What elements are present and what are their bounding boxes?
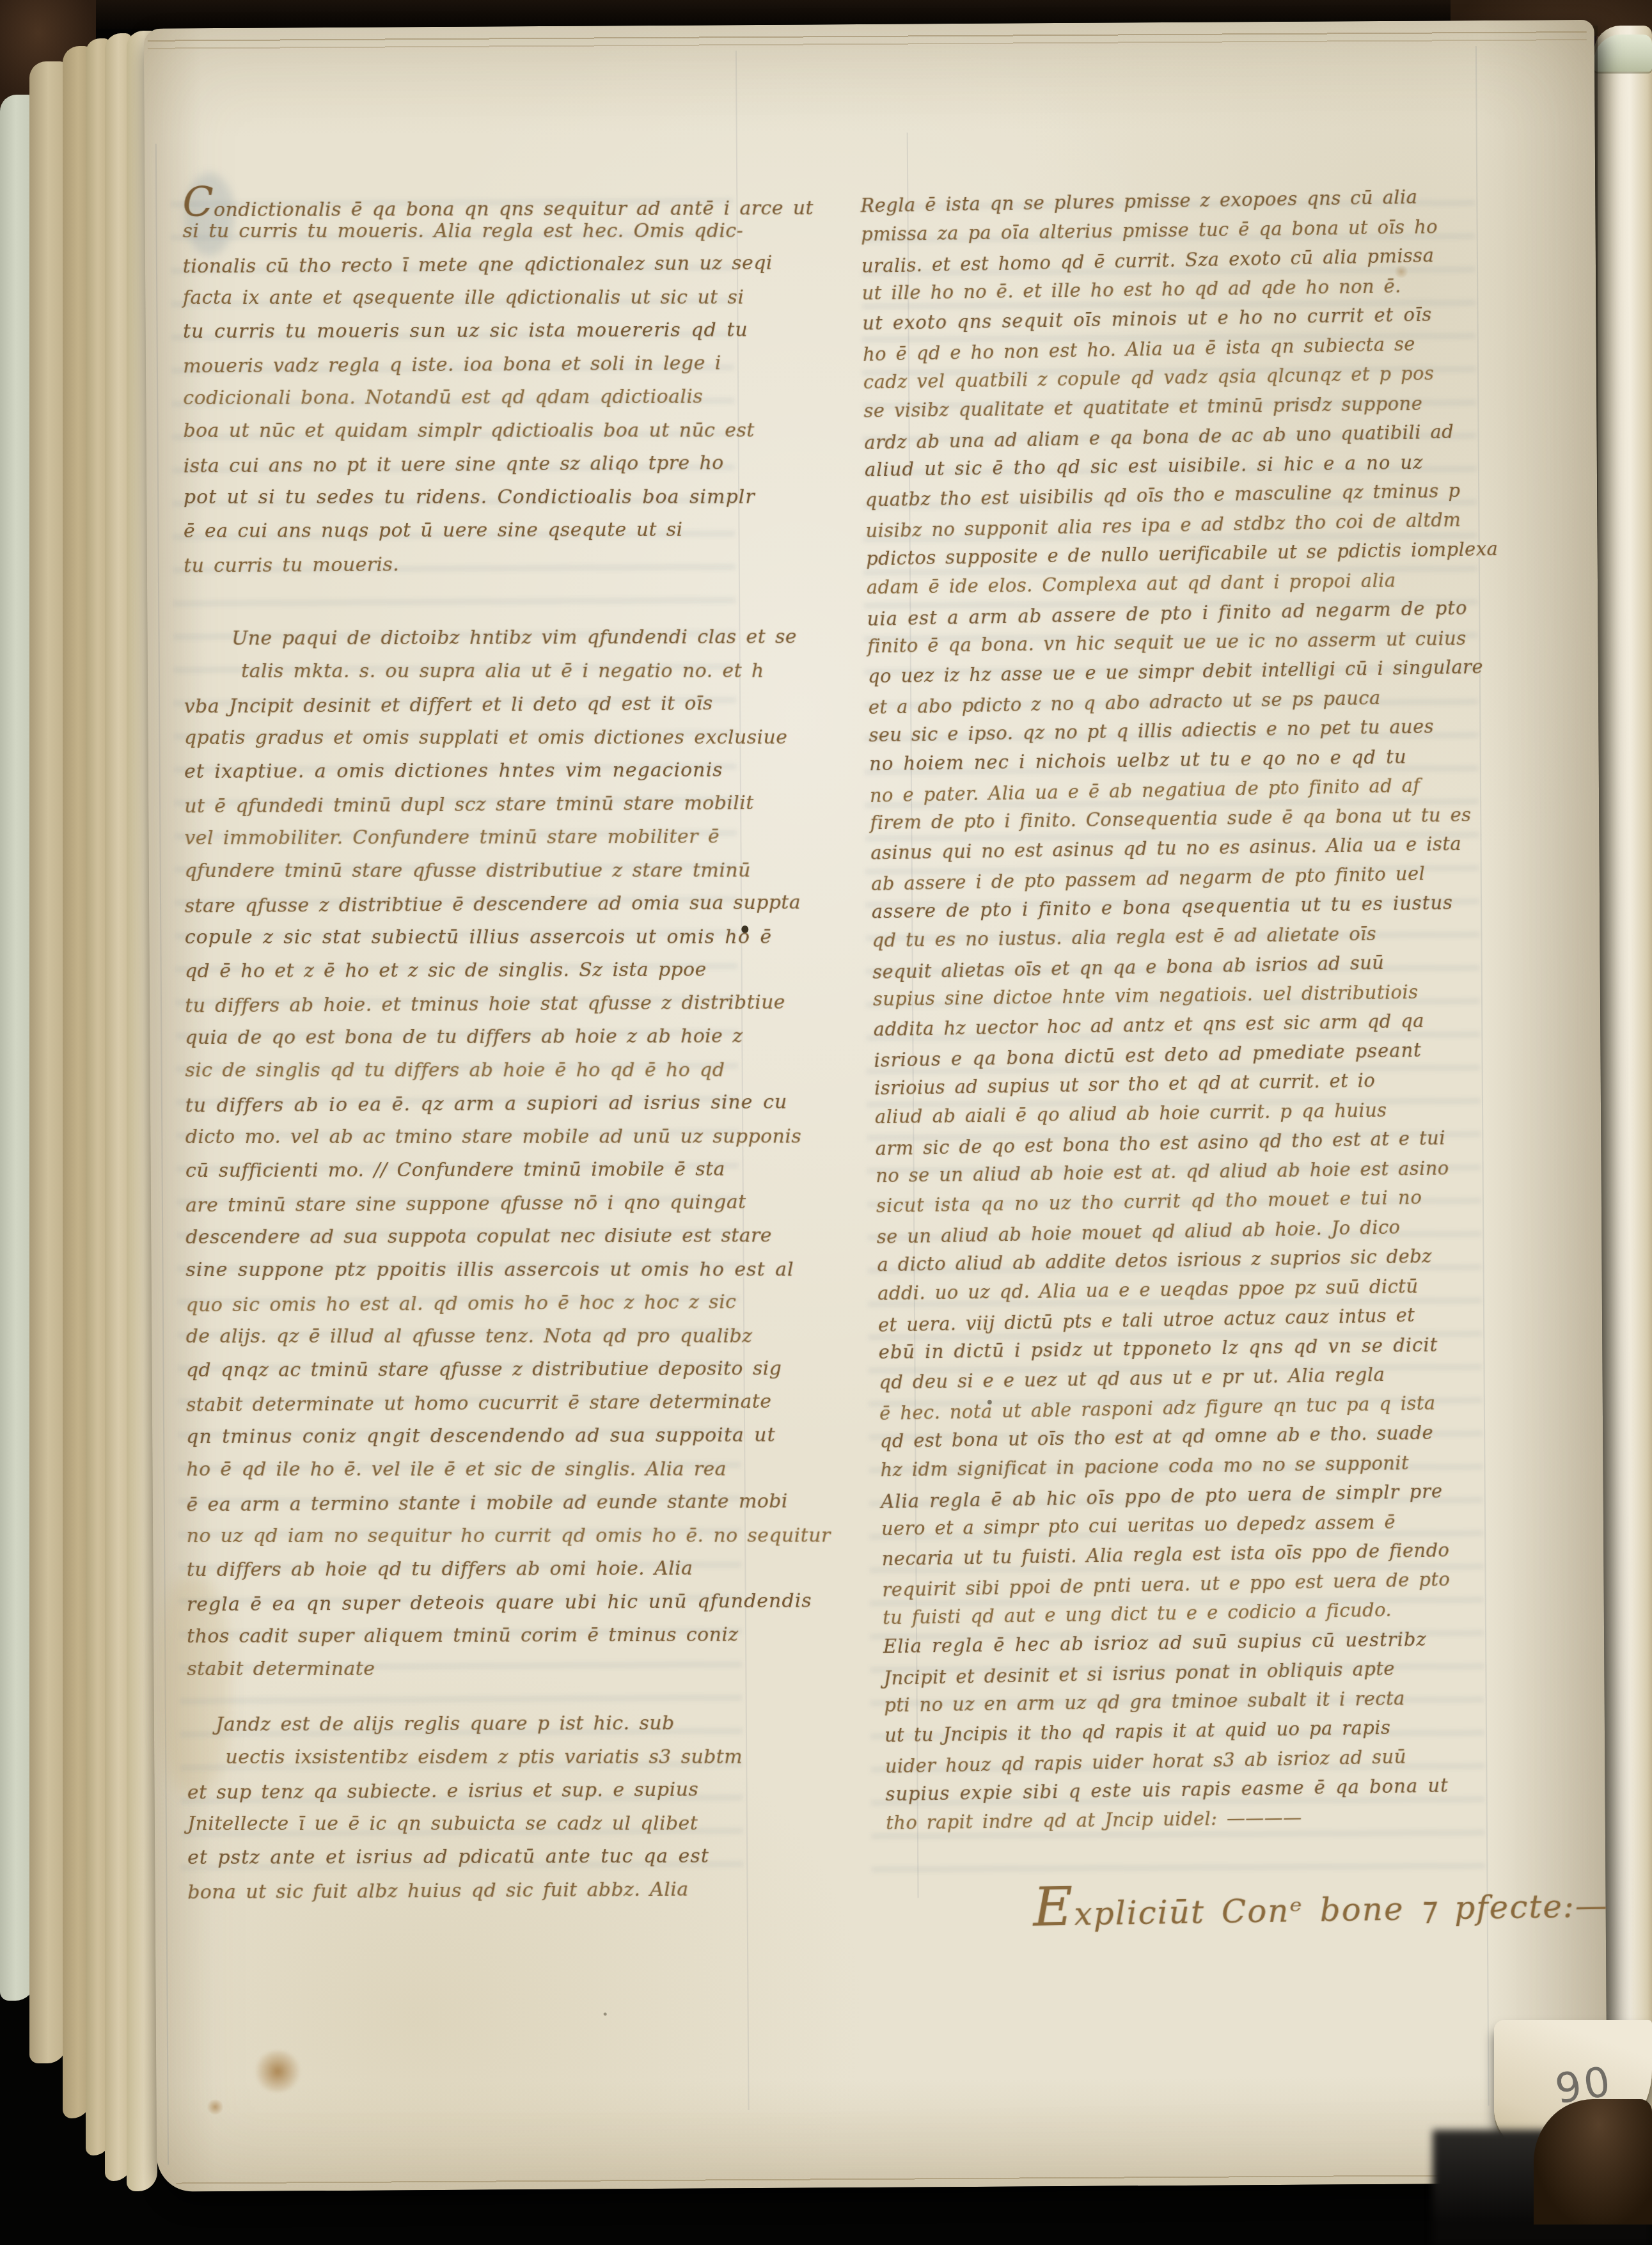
photo-backdrop: Condictionalis ē qa bona qn qns sequitur… <box>0 0 1652 2245</box>
text-line: tionalis cū tho recto ī mete qne qdictio… <box>183 247 733 283</box>
text-line: qd qnqz ac tminū stare qfusse z distribu… <box>186 1353 736 1388</box>
text-line: thos cadit super aliquem tminū corim ē t… <box>187 1619 737 1654</box>
text-line: tu curris tu moueris sun uz sic ista mou… <box>183 314 733 349</box>
text-line: facta ix ante et qsequente ille qdiction… <box>183 281 733 315</box>
text-line: qd ē ho et z ē ho et z sic de singlis. S… <box>185 954 735 989</box>
text-line: Jnitellecte ī ue ē ic qn subuicta se cad… <box>187 1808 737 1841</box>
text-line: et pstz ante et isrius ad pdicatū ante t… <box>187 1840 737 1875</box>
text-line: regla ē ea qn super deteois quare ubi hi… <box>187 1585 737 1621</box>
text-line: talis mkta. s. ou supra alia ut ē i nega… <box>184 655 734 688</box>
text-line: ē ea cui ans nuqs pot ū uere sine qsequt… <box>184 514 734 549</box>
page-top-edge-layers <box>148 26 1587 54</box>
text-line: quia de qo est bona de tu differs ab hoi… <box>185 1020 735 1055</box>
paragraph: Une paqui de dictoibz hntibz vim qfunden… <box>184 621 737 1687</box>
text-line: moueris vadz regla q iste. ioa bona et s… <box>183 347 733 383</box>
text-line: tu differs ab hoie qd tu differs ab omi … <box>187 1552 737 1587</box>
page-edge-strip <box>29 61 67 2063</box>
text-line: ē ea arm a termino stante i mobile ad eu… <box>186 1485 736 1522</box>
paragraph: Jandz est de alijs reglis quare p ist hi… <box>187 1707 737 1909</box>
text-line: are tminū stare sine suppone qfusse nō i… <box>185 1186 736 1222</box>
text-line: stabit determinate ut homo cucurrit ē st… <box>186 1385 736 1422</box>
text-line: cū sufficienti mo. // Confundere tminū i… <box>185 1153 736 1188</box>
text-line: Condictionalis ē qa bona qn qns sequitur… <box>182 181 732 216</box>
text-line: tu differs ab io ea ē. qz arm a supiori … <box>185 1086 736 1122</box>
text-line: ho ē qd ile ho ē. vel ile ē et sic de si… <box>186 1453 736 1486</box>
text-line: bona ut sic fuit albz huius qd sic fuit … <box>187 1873 737 1909</box>
text-line: et sup tenz qa subiecte. e isrius et sup… <box>187 1773 737 1809</box>
text-line: vel immobiliter. Confundere tminū stare … <box>184 821 734 856</box>
paragraph: Regla ē ista qn se plures pmisse z exopo… <box>860 182 1493 1839</box>
text-line: no uz qd iam no sequitur ho currit qd om… <box>187 1520 737 1553</box>
wormhole <box>604 2012 607 2015</box>
text-line: qpatis gradus et omis supplati et omis d… <box>184 721 734 755</box>
text-line: stabit determinate <box>187 1653 737 1686</box>
paragraph: Condictionalis ē qa bona qn qns sequitur… <box>182 181 734 582</box>
text-line: sic de singlis qd tu differs ab hoie ē h… <box>185 1054 735 1087</box>
text-line: et ixaptiue. a omis dictiones hntes vim … <box>184 754 734 789</box>
explicit-line: Expliciūt Conᵉ bone ⁊ pfecte:— <box>1033 1868 1495 1939</box>
ruling-line-left-margin <box>155 144 169 2165</box>
text-line: si tu curris tu moueris. Alia regla est … <box>183 215 733 248</box>
text-line: Jandz est de alijs reglis quare p ist hi… <box>187 1707 737 1742</box>
text-line: codicionali bona. Notandū est qd qdam qd… <box>183 381 733 416</box>
text-line: ista cui ans no pt it uere sine qnte sz … <box>184 446 734 483</box>
stain <box>206 2099 224 2115</box>
text-line: tu curris tu moueris. <box>184 546 734 583</box>
cover-suede-bottom-right <box>1534 2099 1652 2225</box>
text-line: ut ē qfundedi tminū dupl scz stare tminū… <box>184 787 734 823</box>
text-line: pot ut si tu sedes tu ridens. Condictioa… <box>184 481 734 514</box>
text-line: uectis ixsistentibz eisdem z ptis variat… <box>187 1741 737 1774</box>
stain <box>252 2050 303 2092</box>
text-line: qn tminus coniz qngit descendendo ad sua… <box>186 1419 736 1454</box>
text-line: dicto mo. vel ab ac tmino stare mobile a… <box>185 1121 736 1154</box>
text-line: Une paqui de dictoibz hntibz vim qfunden… <box>184 621 734 656</box>
text-line: vba Jncipit desinit et differt et li det… <box>184 687 734 723</box>
text-line: sine suppone ptz ppoitis illis assercois… <box>185 1254 736 1287</box>
text-line: descendere ad sua suppota copulat nec di… <box>185 1220 736 1255</box>
text-line: qfundere tminū stare qfusse distributiue… <box>185 855 735 888</box>
headband <box>1594 35 1652 72</box>
text-line: quo sic omis ho est al. qd omis ho ē hoc… <box>185 1286 736 1322</box>
page-bottom-edge-layers <box>176 2165 1583 2187</box>
text-column-right: Regla ē ista qn se plures pmisse z exopo… <box>860 182 1495 1942</box>
text-line: copule z sic stat subiectū illius asserc… <box>185 921 735 954</box>
text-line: stare qfusse z distribtiue ē descendere … <box>185 886 735 923</box>
text-line: boa ut nūc et quidam simplr qdictioalis … <box>184 414 734 448</box>
text-line: tu differs ab hoie. et tminus hoie stat … <box>185 986 735 1023</box>
text-column-left: Condictionalis ē qa bona qn qns sequitur… <box>182 181 737 1909</box>
manuscript-page: Condictionalis ē qa bona qn qns sequitur… <box>144 20 1608 2192</box>
text-line: de alijs. qz ē illud al qfusse tenz. Not… <box>186 1320 736 1353</box>
